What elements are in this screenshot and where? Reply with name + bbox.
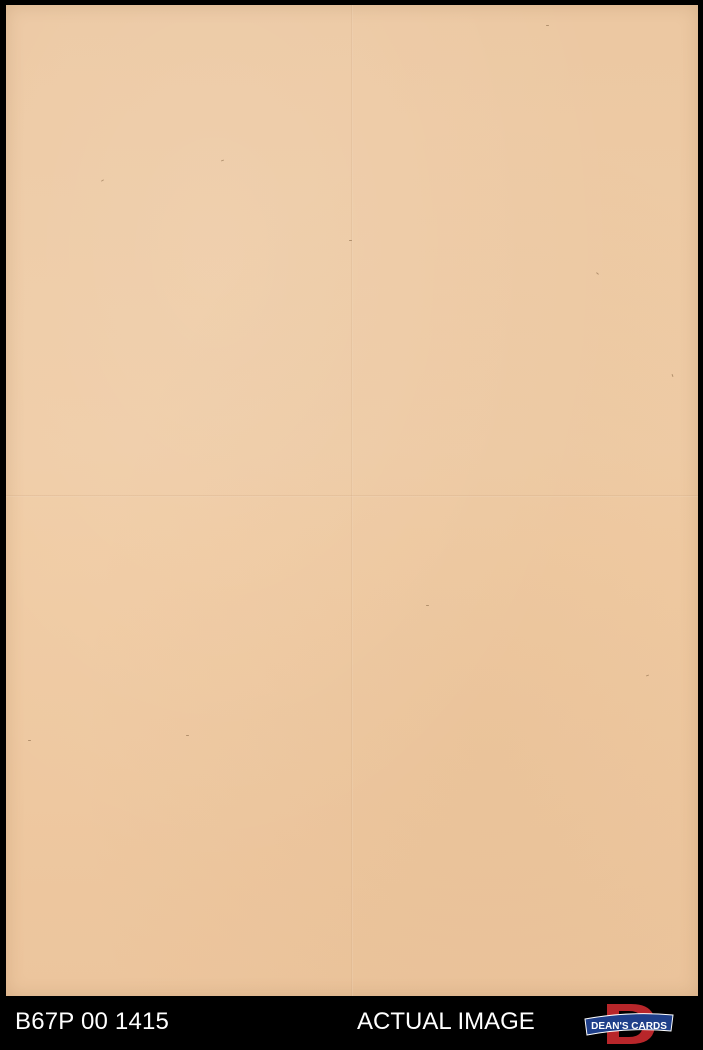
deans-cards-logo-icon: DEAN'S CARDS [583, 1001, 675, 1047]
actual-image-label: ACTUAL IMAGE [357, 1008, 535, 1036]
paper-speck [646, 675, 649, 677]
item-code: B67P 00 1415 [15, 1008, 169, 1036]
paper-speck [101, 179, 104, 181]
card-back-paper [6, 5, 698, 996]
paper-speck [546, 25, 549, 26]
footer-bar: B67P 00 1415 ACTUAL IMAGE DEAN'S CARDS [0, 996, 703, 1050]
paper-speck [426, 605, 429, 606]
paper-speck [596, 272, 599, 275]
paper-speck [28, 740, 31, 741]
paper-speck [221, 160, 224, 162]
paper-speck [672, 374, 674, 377]
logo-text: DEAN'S CARDS [591, 1021, 667, 1032]
paper-speck [186, 735, 189, 736]
horizontal-fold-line [6, 495, 698, 497]
vertical-fold-line [351, 5, 353, 996]
paper-speck [349, 240, 352, 241]
